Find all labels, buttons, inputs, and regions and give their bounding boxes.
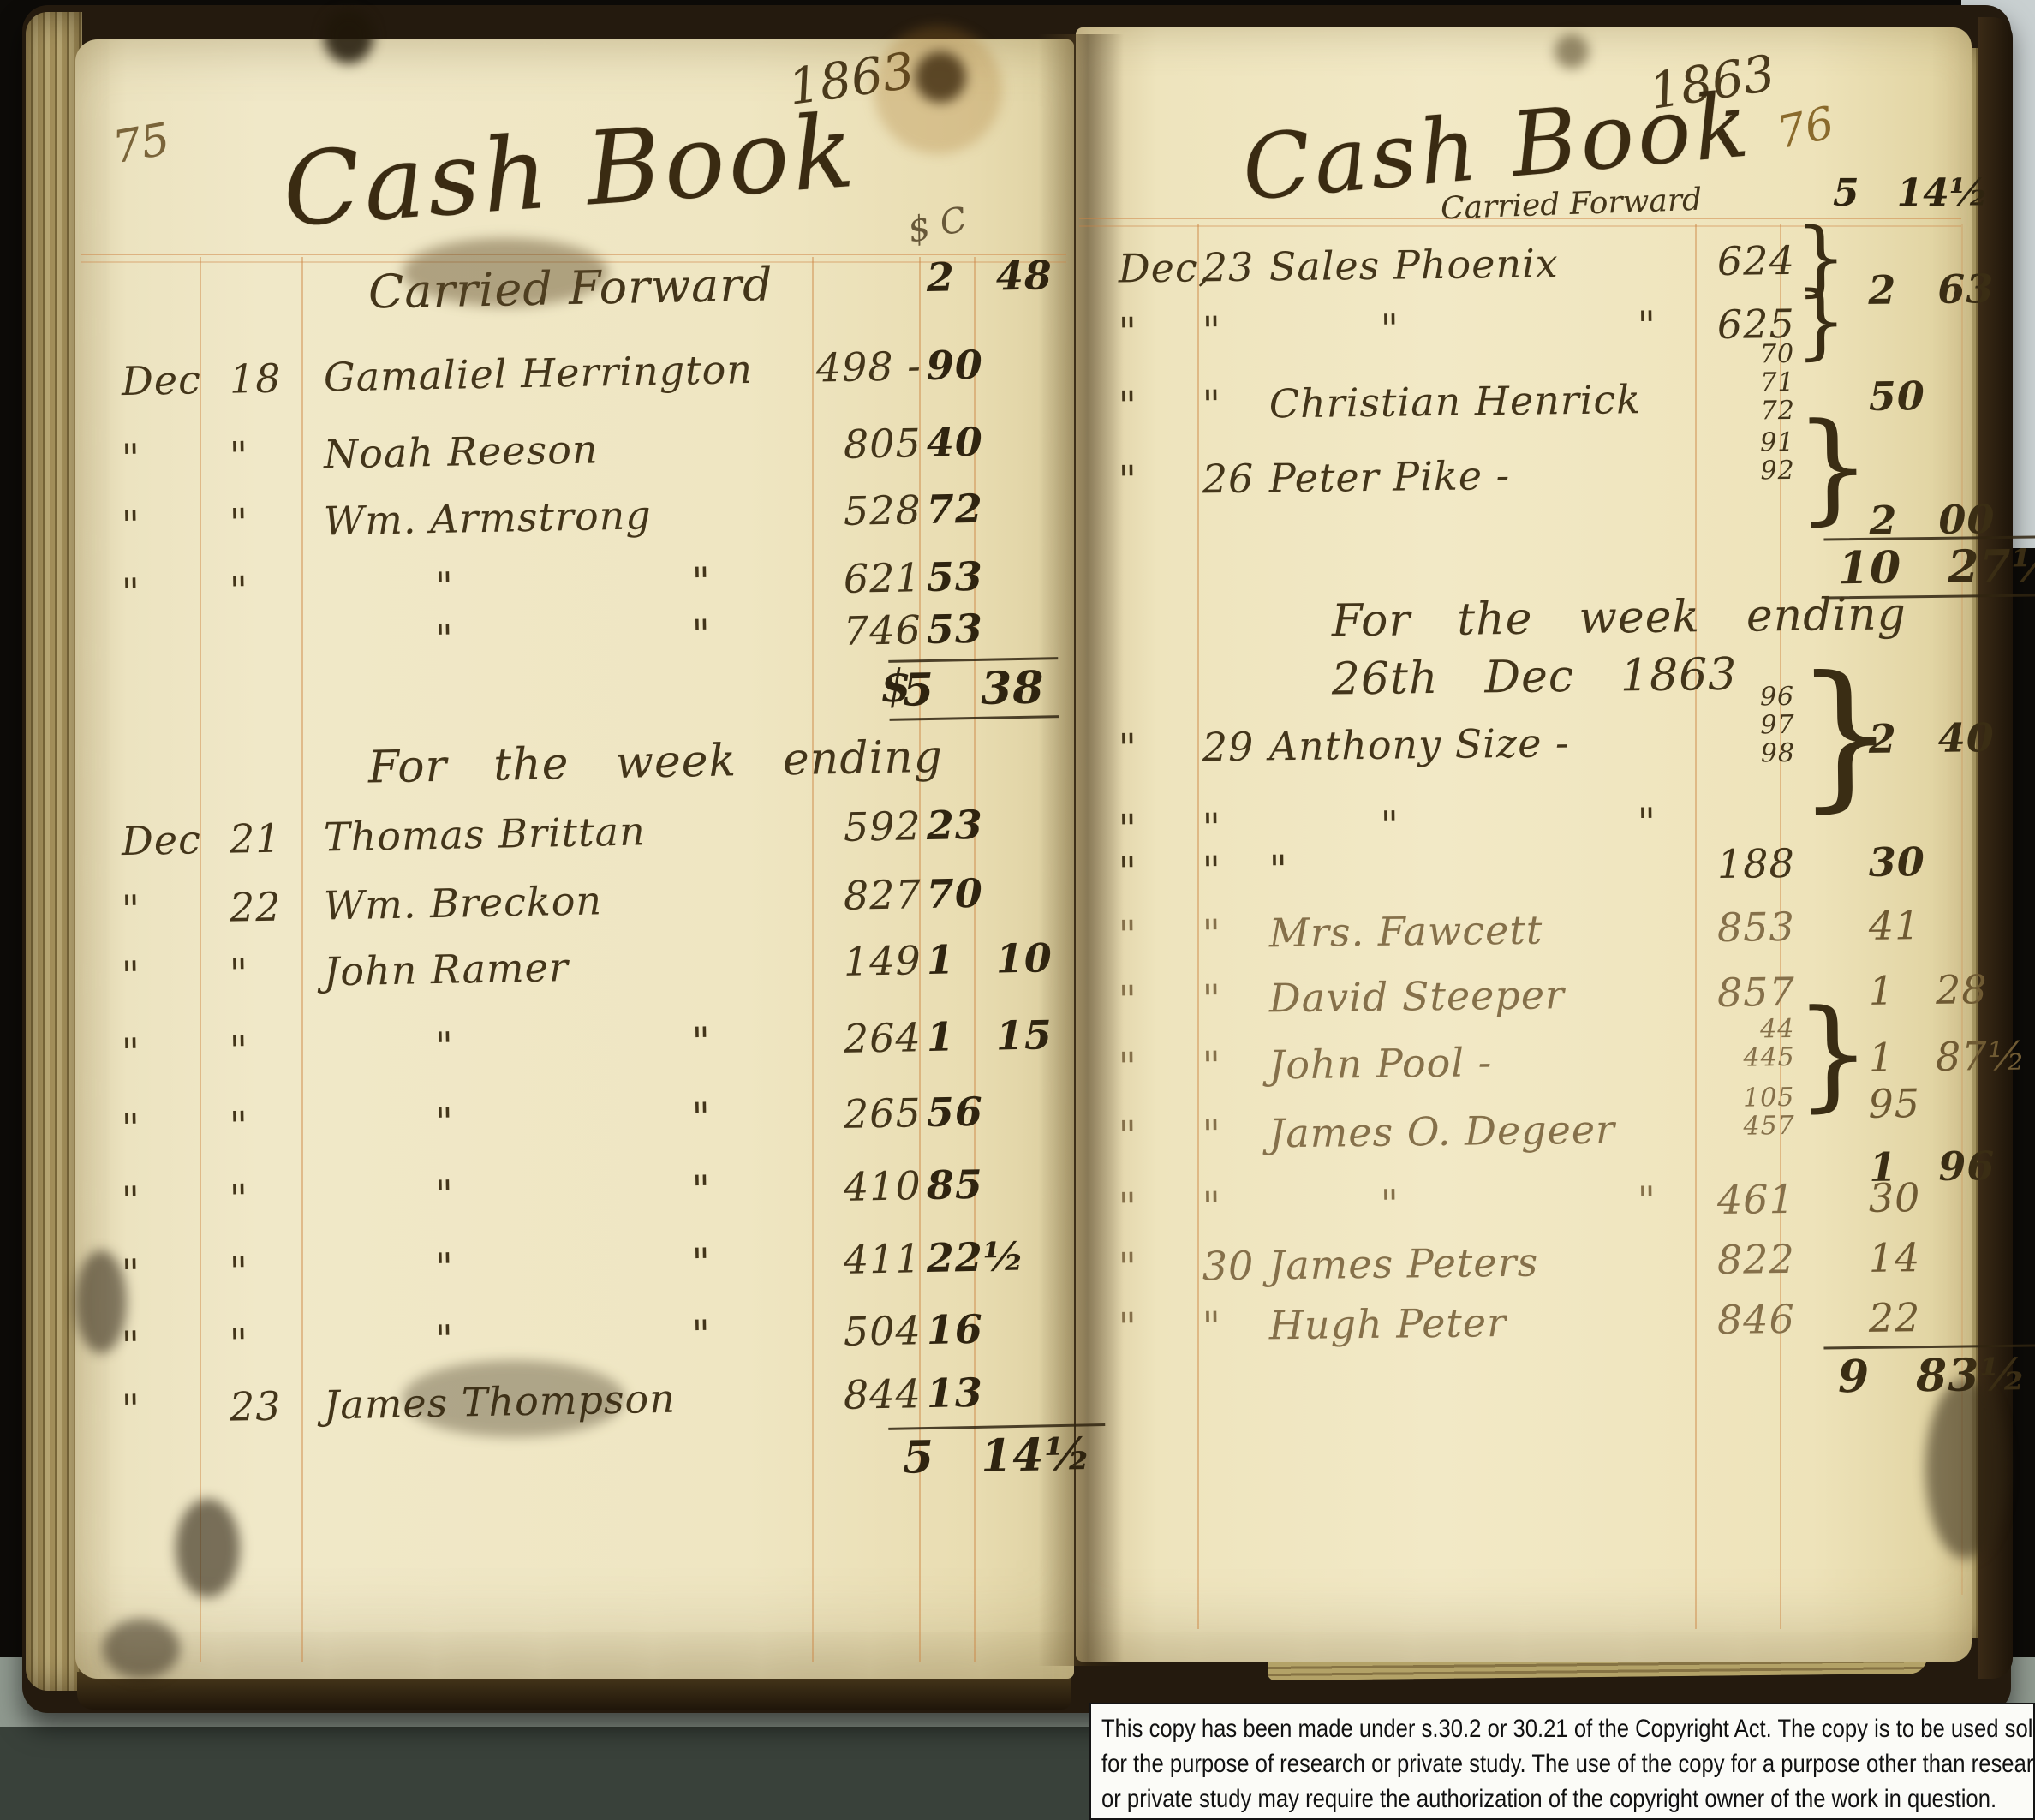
folio-number: 624 <box>1698 237 1795 284</box>
date-day: " <box>1202 804 1221 850</box>
smudge <box>403 1360 625 1437</box>
scanned-cash-book: 75 1863 Cash Book $ C 76 1863 Cash Book … <box>0 0 2035 1820</box>
date-month: " <box>1119 308 1138 355</box>
carried-forward-amount: 5 14½ <box>1833 171 1989 215</box>
date-day: " <box>1202 847 1221 893</box>
payee-name: " <box>1268 846 1288 892</box>
folio-number: 846 <box>1698 1296 1795 1343</box>
section-heading: For the week ending <box>1331 588 1907 647</box>
smudge <box>75 1250 127 1353</box>
amount: 50 <box>1868 373 1925 420</box>
date-month: " <box>1119 1304 1138 1350</box>
ink-stain <box>915 51 966 103</box>
copyright-notice: This copy has been made under s.30.2 or … <box>1089 1703 2035 1820</box>
date-month: " <box>1119 382 1138 428</box>
date-day: " <box>1202 381 1221 427</box>
amount: 2 40 <box>1868 714 1995 762</box>
payee-name: Sales Phoenix <box>1268 240 1559 289</box>
date-month: " <box>1119 976 1138 1023</box>
payee-name: David Steeper <box>1268 971 1565 1021</box>
payee-name: Christian Henrick <box>1268 376 1641 427</box>
date-month: Dec, <box>1119 244 1212 291</box>
folio-number: 857 <box>1698 969 1795 1016</box>
notice-line: or private study may require the authori… <box>1101 1781 1891 1817</box>
smudge <box>176 1499 240 1597</box>
folio-number: 822 <box>1698 1236 1795 1283</box>
smudge <box>103 1619 180 1679</box>
amount: 22 <box>1868 1294 1920 1341</box>
folio-number: 461 <box>1698 1176 1795 1223</box>
date-day: " <box>1202 1042 1221 1089</box>
folio-number: 188 <box>1698 840 1795 887</box>
brace: } <box>1794 285 1847 359</box>
amount: 1 87½ <box>1868 1033 2026 1081</box>
total-amount: 9 83½ <box>1823 1344 2035 1405</box>
date-month: " <box>1119 805 1138 851</box>
amount: 30 <box>1868 1174 1920 1221</box>
folio-number: 44445 <box>1698 1015 1795 1072</box>
date-month: " <box>1119 725 1138 771</box>
smudge <box>1925 1379 2007 1559</box>
section-heading: 26th Dec 1863 <box>1331 649 1737 706</box>
date-day: " <box>1202 910 1221 957</box>
date-month: " <box>1119 1184 1138 1230</box>
notice-line: for the purpose of research or private s… <box>1101 1746 1891 1781</box>
amount: 41 <box>1868 902 1920 949</box>
amount: 30 <box>1868 838 1925 886</box>
payee-name: John Pool - <box>1268 1039 1492 1088</box>
payee-name: James Peters <box>1268 1239 1538 1289</box>
date-month: " <box>1119 1244 1138 1290</box>
date-day: " <box>1202 1303 1221 1349</box>
date-month: " <box>1119 911 1138 958</box>
folio-number: 707172 <box>1698 340 1795 426</box>
date-month: " <box>1119 456 1138 503</box>
amount: 95 <box>1868 1080 1920 1127</box>
date-day: 30 <box>1202 1243 1254 1290</box>
page-number-left: 75 <box>109 114 174 175</box>
folio-number: 105457 <box>1698 1083 1795 1141</box>
payee-name: Hugh Peter <box>1268 1299 1507 1348</box>
date-day: 29 <box>1202 724 1254 771</box>
brace: } <box>1794 1000 1873 1109</box>
brace: } <box>1794 414 1873 522</box>
date-day: " <box>1202 1111 1221 1157</box>
date-month: " <box>1119 848 1138 894</box>
notice-line: This copy has been made under s.30.2 or … <box>1101 1711 1891 1746</box>
date-month: " <box>1119 1043 1138 1089</box>
amount: 1 28 <box>1868 966 1987 1014</box>
folio-number: 9192 <box>1698 428 1795 486</box>
date-month: " <box>1119 1112 1138 1158</box>
date-day: " <box>1202 976 1221 1022</box>
amount: 14 <box>1868 1234 1920 1281</box>
payee-name: Peter Pike - <box>1268 452 1510 501</box>
date-day: 26 <box>1202 456 1254 503</box>
total-amount: 5 14½ <box>888 1423 1106 1486</box>
payee-name: James O. Degeer <box>1268 1106 1615 1156</box>
amount: 2 63 <box>1868 266 1995 313</box>
scanner-shadow <box>0 1727 1093 1820</box>
folio-number: 853 <box>1698 904 1795 951</box>
date-day: 23 <box>1202 244 1254 291</box>
ink-stain <box>1555 34 1589 69</box>
date-day: " <box>1202 307 1221 354</box>
ink-stain <box>324 10 373 63</box>
folio-number: 969798 <box>1698 683 1795 768</box>
smudge <box>403 238 608 307</box>
payee-name: Mrs. Fawcett <box>1268 907 1543 957</box>
payee-name: Anthony Size - <box>1268 719 1569 769</box>
date-day: " <box>1202 1183 1221 1229</box>
